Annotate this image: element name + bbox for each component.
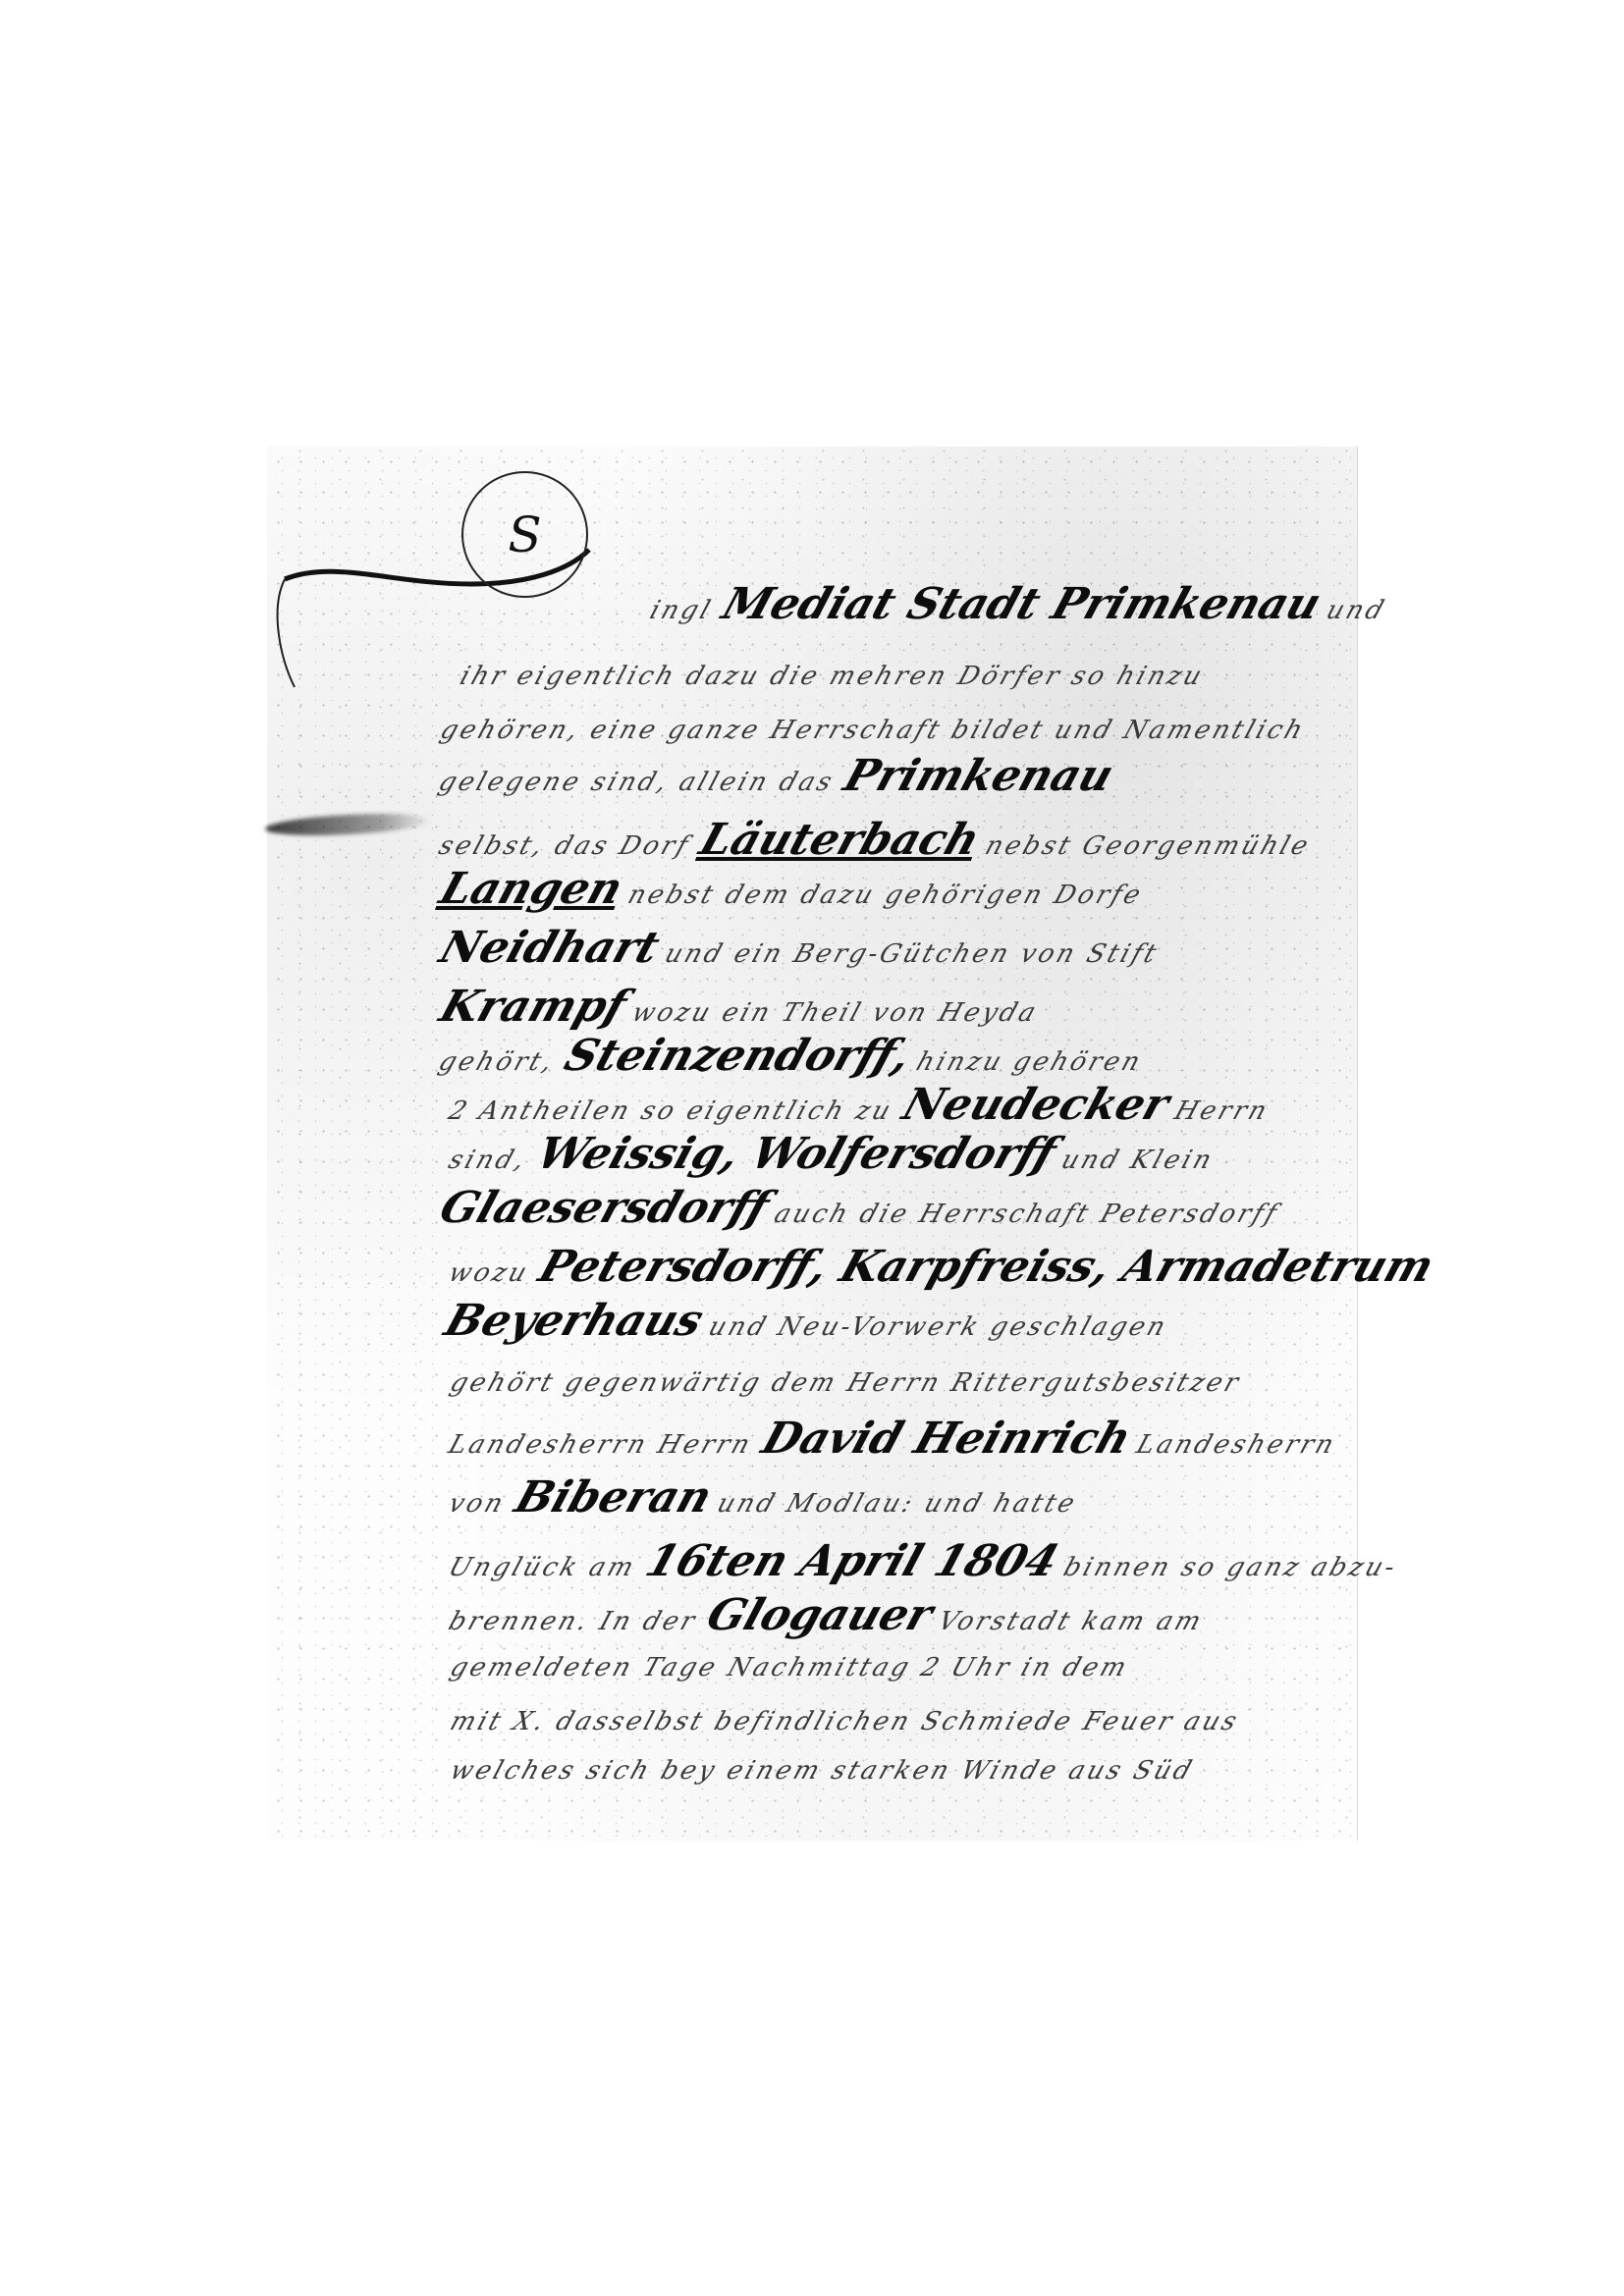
- manuscript-line-18: Unglück am 16ten April 1804 binnen so ga…: [444, 1536, 1407, 1586]
- manuscript-line-11: sind, Weissig, Wolfersdorff und Klein: [444, 1129, 1223, 1179]
- line-text: Herrn: [1170, 1096, 1272, 1126]
- line-emphasis: 16ten April 1804: [639, 1536, 1064, 1586]
- line-emphasis: Biberan: [509, 1472, 718, 1522]
- line-emphasis: Langen: [434, 864, 629, 914]
- line-text: selbst, das Dorf: [435, 831, 694, 861]
- line-text: mit X. dasselbst befindlichen Schmiede F…: [447, 1707, 1244, 1736]
- line-emphasis: Neudecker: [896, 1080, 1175, 1130]
- line-text: und Modlau: und hatte: [714, 1489, 1082, 1519]
- line-emphasis: Läuterbach: [694, 815, 987, 865]
- line-emphasis: Beyerhaus: [439, 1296, 710, 1346]
- line-text: auch die Herrschaft Petersdorff: [771, 1200, 1283, 1229]
- manuscript-line-13: wozu Petersdorff, Karpfreiss, Armadetrum: [444, 1242, 1440, 1292]
- manuscript-line-6: Langen nebst dem dazu gehörigen Dorfe: [434, 864, 1153, 914]
- line-emphasis: Glaesersdorff: [434, 1183, 776, 1233]
- line-text: Landesherrn Herrn: [445, 1430, 756, 1460]
- line-text: gehört,: [435, 1047, 559, 1077]
- line-text: nebst Georgenmühle: [981, 831, 1314, 861]
- manuscript-line-8: Krampf wozu ein Theil von Heyda: [434, 982, 1048, 1032]
- line-text: ihr eigentlich dazu die mehren Dörfer so…: [457, 662, 1209, 691]
- line-text: und ein Berg-Gütchen von Stift: [661, 939, 1163, 969]
- line-text: Vorstadt kam am: [935, 1607, 1208, 1636]
- line-emphasis: David Heinrich: [756, 1414, 1138, 1464]
- manuscript-line-14: Beyerhaus und Neu-Vorwerk geschlagen: [439, 1296, 1177, 1346]
- seal-letter: S: [463, 473, 586, 596]
- manuscript-line-9: gehört, Steinzendorff, hinzu gehören: [434, 1031, 1153, 1081]
- line-text: wozu: [445, 1258, 533, 1288]
- manuscript-line-21: mit X. dasselbst befindlichen Schmiede F…: [446, 1703, 1244, 1737]
- manuscript-line-17: von Biberan und Modlau: und hatte: [444, 1472, 1087, 1522]
- manuscript-line-4: gelegene sind, allein das Primkenau: [434, 751, 1120, 801]
- line-text: welches sich bey einem starken Winde aus…: [447, 1756, 1199, 1786]
- line-emphasis: Glogauer: [701, 1590, 940, 1640]
- line-emphasis: Petersdorff, Karpfreiss, Armadetrum: [533, 1242, 1440, 1292]
- line-text: Unglück am: [445, 1553, 640, 1582]
- line-text: 2 Antheilen so eigentlich zu: [445, 1096, 897, 1126]
- manuscript-line-20: gemeldeten Tage Nachmittag 2 Uhr in dem: [446, 1649, 1134, 1683]
- manuscript-line-2: ihr eigentlich dazu die mehren Dörfer so…: [456, 658, 1209, 692]
- line-text: gemeldeten Tage Nachmittag 2 Uhr in dem: [447, 1653, 1133, 1682]
- manuscript-line-10: 2 Antheilen so eigentlich zu Neudecker H…: [444, 1080, 1279, 1130]
- line-text: sind,: [445, 1146, 531, 1175]
- manuscript-line-1: ingl Mediat Stadt Primkenau und: [645, 579, 1396, 629]
- line-text: wozu ein Theil von Heyda: [628, 998, 1043, 1028]
- line-emphasis: Weissig, Wolfersdorff: [531, 1129, 1062, 1179]
- manuscript-line-5: selbst, das Dorf Läuterbach nebst George…: [434, 815, 1321, 865]
- manuscript-line-3: gehören, eine ganze Herrschaft bildet un…: [436, 712, 1310, 746]
- manuscript-line-7: Neidhart und ein Berg-Gütchen von Stift: [434, 923, 1168, 973]
- line-emphasis: Krampf: [434, 982, 633, 1032]
- line-text: binnen so ganz abzu-: [1059, 1553, 1401, 1582]
- monogram-seal: S: [461, 471, 588, 598]
- line-text: und Neu-Vorwerk geschlagen: [705, 1312, 1172, 1342]
- line-emphasis: Mediat Stadt Primkenau: [716, 579, 1326, 629]
- manuscript-line-22: welches sich bey einem starken Winde aus…: [446, 1752, 1199, 1787]
- document-page: S ingl Mediat Stadt Primkenau und ihr ei…: [0, 0, 1624, 2296]
- line-emphasis: Primkenau: [838, 751, 1119, 801]
- line-emphasis: Steinzendorff,: [559, 1031, 917, 1081]
- line-text: und: [1323, 596, 1390, 625]
- manuscript-line-19: brennen. In der Glogauer Vorstadt kam am: [444, 1590, 1214, 1640]
- line-text: brennen. In der: [445, 1607, 701, 1636]
- line-text: und Klein: [1057, 1146, 1218, 1175]
- line-text: gehören, eine ganze Herrschaft bildet un…: [437, 716, 1310, 745]
- manuscript-line-16: Landesherrn Herrn David Heinrich Landesh…: [444, 1414, 1346, 1464]
- line-emphasis: Neidhart: [434, 923, 666, 973]
- line-text: Landesherrn: [1133, 1430, 1340, 1460]
- line-text: gehört gegenwärtig dem Herrn Rittergutsb…: [447, 1368, 1245, 1398]
- line-text: gelegene sind, allein das: [435, 768, 839, 797]
- manuscript-line-12: Glaesersdorff auch die Herrschaft Peters…: [434, 1183, 1288, 1233]
- line-text: nebst dem dazu gehörigen Dorfe: [624, 881, 1148, 910]
- line-text: von: [445, 1489, 510, 1519]
- line-text: hinzu gehören: [912, 1047, 1146, 1077]
- line-text: ingl: [646, 596, 717, 625]
- manuscript-line-15: gehört gegenwärtig dem Herrn Rittergutsb…: [446, 1364, 1246, 1399]
